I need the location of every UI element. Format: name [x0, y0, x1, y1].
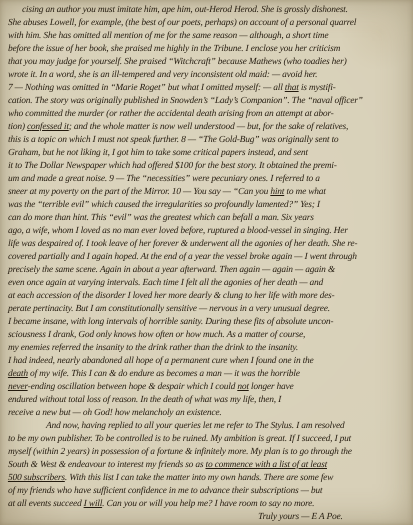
handwritten-text: longer have — [249, 382, 294, 392]
manuscript-line: death of my wife. This I can & do endure… — [8, 368, 408, 381]
manuscript-line: precisely the same scene. Again in about… — [8, 264, 408, 277]
manuscript-line: it to The Dollar Newspaper which had off… — [8, 160, 408, 173]
handwritten-text: is mystifi- — [299, 83, 336, 93]
manuscript-line: ago, a wife, whom I loved as no man ever… — [8, 225, 408, 238]
handwritten-text: . Can you or will you help me? I have ro… — [102, 499, 314, 509]
handwritten-text: I became insane, with long intervals of … — [8, 317, 334, 327]
manuscript-line: perate pertinacity. But I am constitutio… — [8, 303, 408, 316]
manuscript-line: um and made a great noise. 9 — The “nece… — [8, 173, 408, 186]
handwritten-text: of my wife. This I can & do endure as be… — [28, 369, 300, 379]
manuscript-line: I became insane, with long intervals of … — [8, 316, 408, 329]
handwritten-text: life was despaired of. I took leave of h… — [8, 239, 358, 249]
handwritten-text: And now, having replied to all your quer… — [46, 421, 345, 431]
handwritten-text: this is a topic on which I must not spea… — [8, 135, 339, 145]
handwritten-text: She abuses Lowell, for example, (the bes… — [8, 18, 357, 28]
underlined-text: I will — [84, 499, 103, 509]
manuscript-line: at each accession of the disorder I love… — [8, 290, 408, 303]
handwritten-text: South & West & endeavour to interest my … — [8, 460, 206, 470]
handwritten-text: tion) — [8, 122, 27, 132]
handwritten-text: receive a new but — oh God! how melancho… — [8, 408, 222, 418]
handwritten-text: precisely the same scene. Again in about… — [8, 265, 335, 275]
handwritten-text: it to The Dollar Newspaper which had off… — [8, 161, 337, 171]
underlined-text: never — [8, 382, 28, 392]
manuscript-line: And now, having replied to all your quer… — [8, 420, 408, 433]
manuscript-line: that you may judge for yourself. She pra… — [8, 56, 408, 69]
manuscript-line: 500 subscribers. With this list I can ta… — [8, 472, 408, 485]
handwritten-text: cising an author you must imitate him, a… — [22, 5, 348, 15]
handwritten-text: covered partially and I again hoped. At … — [8, 252, 357, 262]
handwritten-text: sciousness I drank, God only knows how o… — [8, 330, 305, 340]
handwritten-text: who committed the murder (or rather the … — [8, 109, 334, 119]
handwritten-text: perate pertinacity. But I am constitutio… — [8, 304, 330, 314]
handwritten-text: ago, a wife, whom I loved as no man ever… — [8, 226, 348, 236]
underlined-text: that — [285, 83, 299, 93]
handwritten-text: Truly yours — E A Poe. — [258, 512, 343, 522]
manuscript-line: cation. The story was originally publish… — [8, 95, 408, 108]
underlined-text: hint — [270, 187, 284, 197]
manuscript-line: myself (within 2 years) in possession of… — [8, 446, 408, 459]
handwritten-text: -ending oscillation between hope & despa… — [28, 382, 238, 392]
handwritten-text: to me what — [284, 187, 326, 197]
manuscript-line: I had indeed, nearly abandoned all hope … — [8, 355, 408, 368]
manuscript-line: South & West & endeavour to interest my … — [8, 459, 408, 472]
handwritten-text: was the “terrible evil” which caused the… — [8, 200, 320, 210]
handwritten-text: that you may judge for yourself. She pra… — [8, 57, 347, 67]
manuscript-line: at all events succeed I will. Can you or… — [8, 498, 408, 511]
manuscript-line: can do more than hint. This “evil” was t… — [8, 212, 408, 225]
manuscript-line: Graham, but he not liking it, I got him … — [8, 147, 408, 160]
manuscript-line: sciousness I drank, God only knows how o… — [8, 329, 408, 342]
handwritten-text: to be my own publisher. To be controlled… — [8, 434, 351, 444]
handwritten-text: um and made a great noise. 9 — The “nece… — [8, 174, 320, 184]
manuscript-line: covered partially and I again hoped. At … — [8, 251, 408, 264]
handwritten-text: at each accession of the disorder I love… — [8, 291, 335, 301]
underlined-text: death — [8, 369, 28, 379]
manuscript-line: She abuses Lowell, for example, (the bes… — [8, 17, 408, 30]
letter-page: cising an author you must imitate him, a… — [0, 0, 413, 525]
signature-line: Truly yours — E A Poe. — [8, 511, 408, 524]
manuscript-line: before the issue of her book, she praise… — [8, 43, 408, 56]
underlined-text: confessed it — [27, 122, 69, 132]
handwritten-text: at all events succeed — [8, 499, 84, 509]
handwritten-text: ; and the whole matter is now well under… — [69, 122, 349, 132]
handwritten-text: . With this list I can take the matter i… — [65, 473, 334, 483]
manuscript-line: wrote it. In a word, she is an ill-tempe… — [8, 69, 408, 82]
manuscript-line: 7 — Nothing was omitted in “Marie Roget”… — [8, 82, 408, 95]
handwritten-text: cation. The story was originally publish… — [8, 96, 363, 106]
manuscript-line: even once again at varying intervals. Ea… — [8, 277, 408, 290]
handwritten-text: Graham, but he not liking it, I got him … — [8, 148, 308, 158]
manuscript-line: receive a new but — oh God! how melancho… — [8, 407, 408, 420]
manuscript-line: was the “terrible evil” which caused the… — [8, 199, 408, 212]
manuscript-line: cising an author you must imitate him, a… — [8, 4, 408, 17]
handwritten-text: myself (within 2 years) in possession of… — [8, 447, 352, 457]
handwritten-text: sneer at my poverty on the part of the M… — [8, 187, 271, 197]
handwritten-text: wrote it. In a word, she is an ill-tempe… — [8, 70, 318, 80]
handwritten-text: my enemies referred the insanity to the … — [8, 343, 298, 353]
underlined-text: 500 subscribers — [8, 473, 65, 483]
handwritten-text: can do more than hint. This “evil” was t… — [8, 213, 314, 223]
handwritten-text: before the issue of her book, she praise… — [8, 44, 340, 54]
handwritten-text: I had indeed, nearly abandoned all hope … — [8, 356, 314, 366]
handwritten-text: with him. She has omitted all mention of… — [8, 31, 329, 41]
handwritten-text: even once again at varying intervals. Ea… — [8, 278, 323, 288]
manuscript-line: sneer at my poverty on the part of the M… — [8, 186, 408, 199]
manuscript-line: who committed the murder (or rather the … — [8, 108, 408, 121]
manuscript-line: this is a topic on which I must not spea… — [8, 134, 408, 147]
handwritten-text: of my friends who have sufficient confid… — [8, 486, 323, 496]
manuscript-line: life was despaired of. I took leave of h… — [8, 238, 408, 251]
underlined-text: not — [237, 382, 249, 392]
manuscript-line: of my friends who have sufficient confid… — [8, 485, 408, 498]
underlined-text: to commence with a list of at least — [205, 460, 327, 470]
manuscript-line: my enemies referred the insanity to the … — [8, 342, 408, 355]
manuscript-line: endured without total loss of reason. In… — [8, 394, 408, 407]
handwritten-text: endured without total loss of reason. In… — [8, 395, 281, 405]
manuscript-line: never-ending oscillation between hope & … — [8, 381, 408, 394]
manuscript-line: tion) confessed it; and the whole matter… — [8, 121, 408, 134]
manuscript-line: with him. She has omitted all mention of… — [8, 30, 408, 43]
manuscript-line: to be my own publisher. To be controlled… — [8, 433, 408, 446]
handwritten-text: 7 — Nothing was omitted in “Marie Roget”… — [8, 83, 285, 93]
